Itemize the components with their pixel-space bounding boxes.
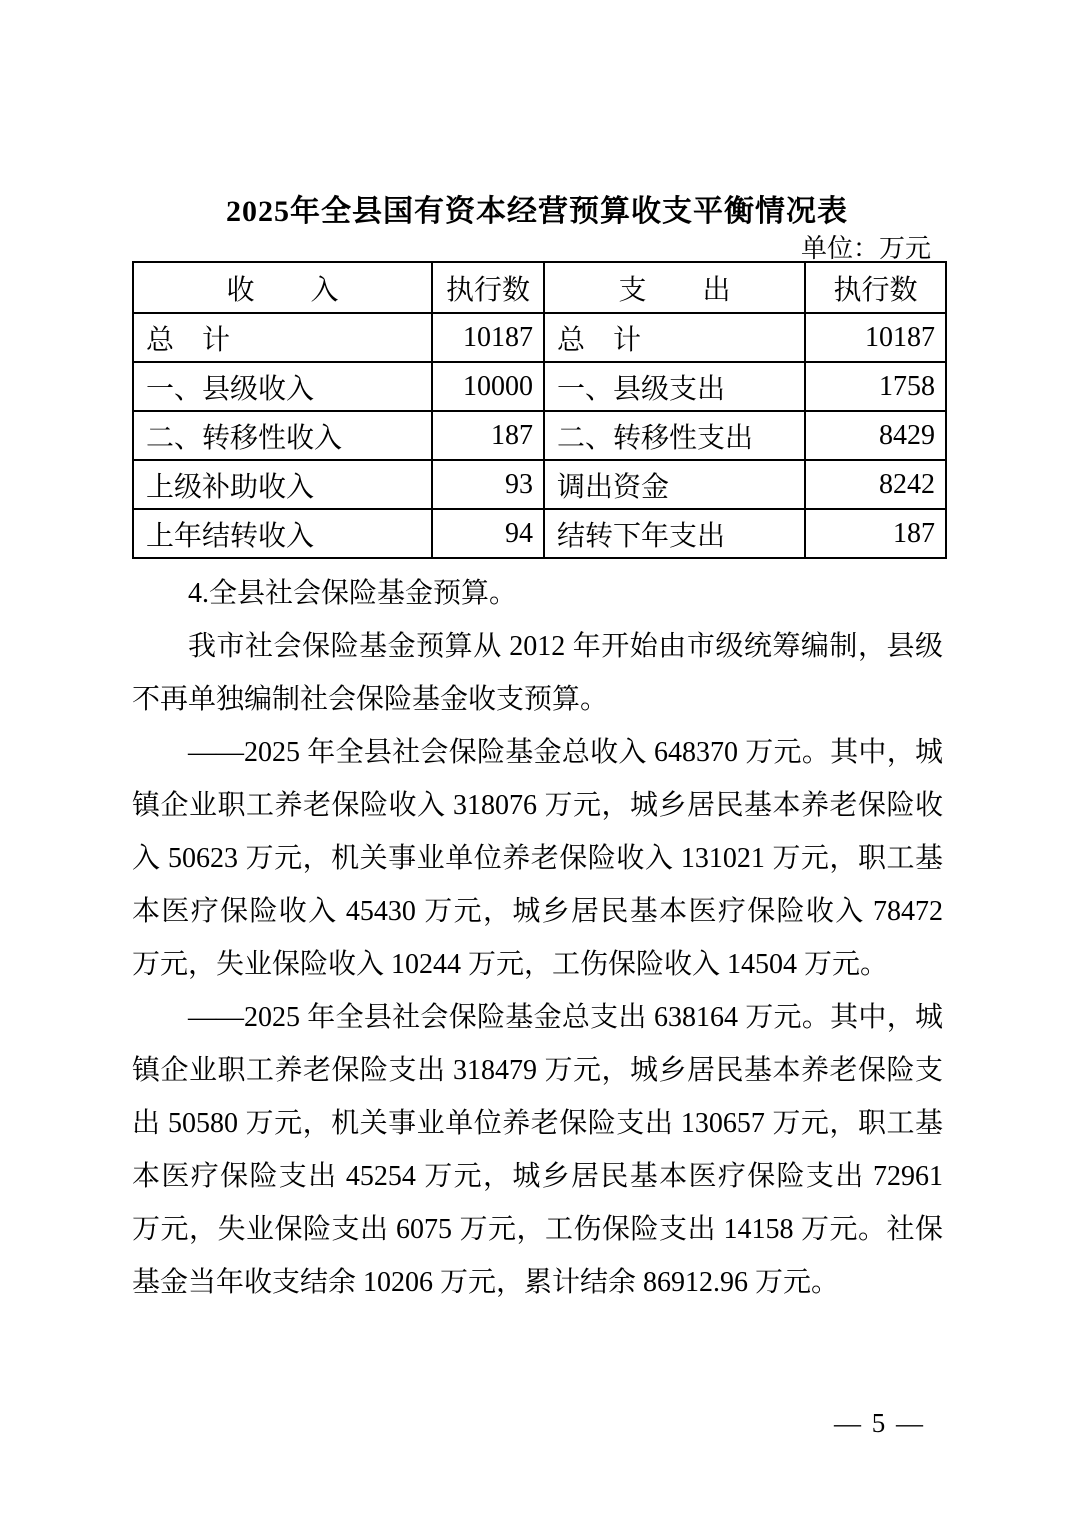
table-row: 上年结转收入 94 结转下年支出 187 xyxy=(133,509,946,558)
expense-value-cell: 187 xyxy=(805,509,946,558)
income-value-cell: 93 xyxy=(432,460,544,509)
page-number: — 5 — xyxy=(834,1408,925,1439)
table-header-row: 收 入 执行数 支 出 执行数 xyxy=(133,262,946,313)
income-value-cell: 187 xyxy=(432,411,544,460)
expense-item-cell: 二、转移性支出 xyxy=(544,411,805,460)
table-row: 上级补助收入 93 调出资金 8242 xyxy=(133,460,946,509)
income-item-cell: 上年结转收入 xyxy=(133,509,432,558)
income-column-header: 收 入 xyxy=(133,262,432,313)
expense-value-cell: 8429 xyxy=(805,411,946,460)
expense-item-cell: 一、县级支出 xyxy=(544,362,805,411)
expense-value-cell: 1758 xyxy=(805,362,946,411)
unit-label: 单位：万元 xyxy=(801,228,931,265)
expense-item-cell: 总 计 xyxy=(544,313,805,362)
income-value-cell: 94 xyxy=(432,509,544,558)
income-item-cell: 二、转移性收入 xyxy=(133,411,432,460)
document-page: 2025年全县国有资本经营预算收支平衡情况表 单位：万元 收 入 执行数 支 出… xyxy=(0,0,1074,1520)
table-row: 一、县级收入 10000 一、县级支出 1758 xyxy=(133,362,946,411)
expense-amount-column-header: 执行数 xyxy=(805,262,946,313)
body-paragraph: ——2025 年全县社会保险基金总收入 648370 万元。其中，城镇企业职工养… xyxy=(132,726,943,991)
body-paragraph: ——2025 年全县社会保险基金总支出 638164 万元。其中，城镇企业职工养… xyxy=(132,991,943,1309)
expense-column-header: 支 出 xyxy=(544,262,805,313)
income-item-cell: 上级补助收入 xyxy=(133,460,432,509)
income-item-cell: 总 计 xyxy=(133,313,432,362)
expense-value-cell: 8242 xyxy=(805,460,946,509)
expense-value-cell: 10187 xyxy=(805,313,946,362)
income-value-cell: 10187 xyxy=(432,313,544,362)
income-item-cell: 一、县级收入 xyxy=(133,362,432,411)
table-row: 总 计 10187 总 计 10187 xyxy=(133,313,946,362)
body-text: 4.全县社会保险基金预算。 我市社会保险基金预算从 2012 年开始由市级统筹编… xyxy=(132,567,943,1309)
body-paragraph: 我市社会保险基金预算从 2012 年开始由市级统筹编制，县级不再单独编制社会保险… xyxy=(132,620,943,726)
table-row: 二、转移性收入 187 二、转移性支出 8429 xyxy=(133,411,946,460)
body-paragraph: 4.全县社会保险基金预算。 xyxy=(132,567,943,620)
expense-item-cell: 调出资金 xyxy=(544,460,805,509)
expense-item-cell: 结转下年支出 xyxy=(544,509,805,558)
document-title: 2025年全县国有资本经营预算收支平衡情况表 xyxy=(0,186,1074,230)
income-value-cell: 10000 xyxy=(432,362,544,411)
budget-balance-table: 收 入 执行数 支 出 执行数 总 计 10187 总 计 10187 一、县级… xyxy=(132,261,947,559)
income-amount-column-header: 执行数 xyxy=(432,262,544,313)
